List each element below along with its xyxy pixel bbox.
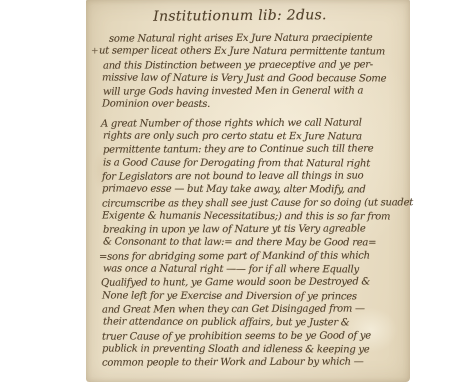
manuscript-line: and this Distinction between ye praecept…: [99, 58, 401, 73]
manuscript-line: Dominion over beasts.: [99, 98, 401, 112]
manuscript-line: common people to their Work and Labour b…: [99, 355, 401, 370]
manuscript-line: is a Good Cause for Derogating from that…: [99, 156, 401, 170]
manuscript-paragraph: some Natural right arises Ex Jure Natura…: [99, 32, 401, 112]
manuscript-line: primaevo esse — but May take away, alter…: [99, 183, 401, 197]
manuscript-line: their attendance on publick affairs, but…: [99, 316, 401, 330]
manuscript-title: Institutionum lib: 2dus.: [109, 5, 371, 27]
manuscript-line: =sons for abridging some part of Mankind…: [99, 249, 401, 264]
manuscript-content: Institutionum lib: 2dus. some Natural ri…: [99, 6, 401, 369]
manuscript-line: +ut semper liceat others Ex Jure Natura …: [99, 45, 401, 59]
manuscript-line: permittente tantum: they are to Continue…: [99, 143, 401, 158]
manuscript-line: & Consonant to that law:= and there May …: [99, 236, 401, 250]
manuscript-line: None left for ye Exercise and Diversion …: [99, 289, 401, 303]
photo-background: Institutionum lib: 2dus. some Natural ri…: [0, 0, 468, 382]
manuscript-paragraph: A great Number of those rights which we …: [99, 117, 401, 370]
manuscript-line: publick in preventing Sloath and idlenes…: [99, 342, 401, 356]
manuscript-line: A great Number of those rights which we …: [99, 116, 401, 131]
manuscript-line: Exigente & humanis Necessitatibus;) and …: [99, 209, 401, 223]
manuscript-line: circumscribe as they shall see just Caus…: [99, 196, 401, 211]
margin-insertion-mark: +: [91, 46, 98, 59]
manuscript-body: some Natural right arises Ex Jure Natura…: [99, 32, 401, 369]
manuscript-line: truer Cause of ye prohibition seems to b…: [99, 329, 401, 344]
manuscript-line: Qualifyed to hunt, ye Game would soon be…: [99, 276, 401, 291]
manuscript-page: Institutionum lib: 2dus. some Natural ri…: [86, 0, 410, 382]
